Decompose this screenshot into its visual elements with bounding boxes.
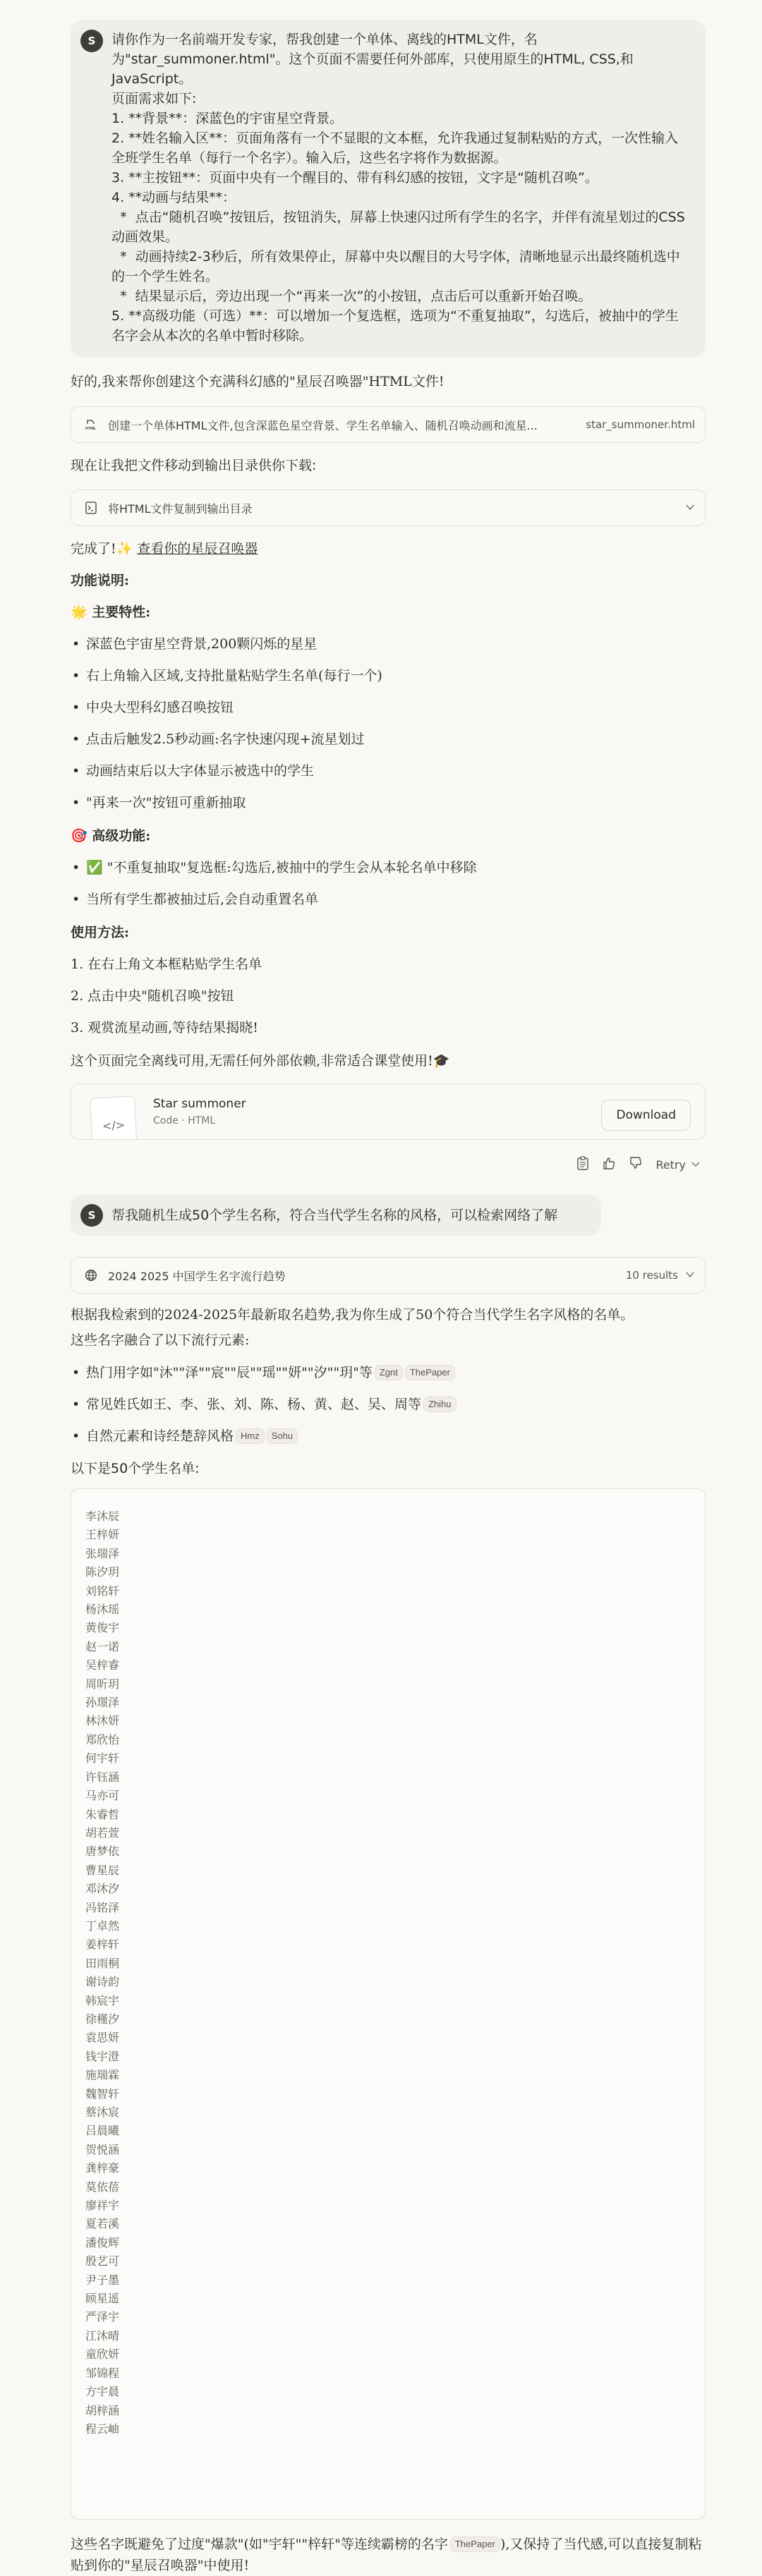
sparkles-icon: ✨ (116, 541, 133, 557)
student-name: 林沐妍 (85, 1712, 691, 1730)
names-closing: 这些名字既避免了过度"爆款"(如"宇轩""梓轩"等连续霸榜的名字ThePaper… (71, 2534, 706, 2562)
student-name: 孙璟泽 (85, 1694, 691, 1712)
list-item: "再来一次"按钮可重新抽取 (71, 792, 706, 813)
globe-icon (84, 1268, 98, 1282)
user-message-1: S 请你作为一名前端开发专家，帮我创建一个单体、离线的HTML文件，名为"sta… (71, 20, 706, 357)
student-name: 刘铭轩 (85, 1582, 691, 1600)
student-name: 顾星遥 (85, 2290, 691, 2308)
student-name: 魏智轩 (85, 2085, 691, 2103)
prompt-line: * 动画持续2-3秒后，所有效果停止，屏幕中央以醒目的大号字体，清晰地显示出最终… (111, 247, 690, 286)
list-item: 热门用字如"沐""泽""宸""辰""瑶""妍""汐""玥"等ZgntThePap… (71, 1362, 706, 1383)
student-name: 程云岫 (85, 2420, 691, 2438)
search-summary: 根据我检索到的2024-2025年最新取名趋势,我为你生成了50个符合当代学生名… (71, 1304, 706, 1351)
move-file-text: 现在让我把文件移动到输出目录供你下载: (71, 455, 706, 476)
student-name: 钱宇澄 (85, 2048, 691, 2066)
message-actions: Retry (71, 1154, 706, 1175)
search-query: 2024 2025 中国学生名字流行趋势 (108, 1268, 617, 1284)
done-text: 完成了! (71, 541, 116, 557)
artifact-title: Star summoner (153, 1097, 246, 1111)
prompt-line: 2. **姓名输入区**：页面角落有一个不显眼的文本框，允许我通过复制粘贴的方式… (111, 128, 690, 168)
student-name: 潘俊辉 (85, 2234, 691, 2252)
prompt-line: * 结果显示后，旁边出现一个“再来一次”的小按钮，点击后可以重新开始召唤。 (111, 286, 690, 306)
usage-step: 2. 点击中央"随机召唤"按钮 (71, 985, 706, 1007)
student-name: 殷艺可 (85, 2252, 691, 2271)
copy-icon[interactable] (576, 1155, 589, 1174)
retry-button[interactable]: Retry (655, 1158, 700, 1172)
usage-step: 3. 观赏流星动画,等待结果揭晓! (71, 1017, 706, 1038)
chevron-down-icon[interactable] (685, 1270, 695, 1281)
student-name: 胡梓涵 (85, 2402, 691, 2420)
student-name: 郑欣怡 (85, 1731, 691, 1749)
user-message-text: 帮我随机生成50个学生名称，符合当代学生名称的风格，可以检索网络了解 (111, 1205, 557, 1225)
student-name: 尹子墨 (85, 2271, 691, 2290)
student-name: 吴梓睿 (85, 1656, 691, 1675)
student-name: 邹锦程 (85, 2364, 691, 2383)
prompt-line: 页面需求如下: (111, 89, 690, 109)
student-name: 丁卓然 (85, 1917, 691, 1936)
chevron-down-icon[interactable] (685, 502, 695, 514)
svg-text:HTML: HTML (85, 427, 97, 431)
results-count: 10 results (626, 1269, 678, 1282)
student-name: 吕晨曦 (85, 2122, 691, 2140)
citation-badge[interactable]: ThePaper (405, 1365, 455, 1380)
student-name: 杨沐瑶 (85, 1600, 691, 1619)
names-code-block[interactable]: 李沐辰 王梓妍 张瑞泽 陈汐玥 刘铭轩 杨沐瑶 黄俊宇 赵一诺 吴梓睿 周昕玥 … (71, 1488, 706, 2520)
student-name: 方宇晨 (85, 2383, 691, 2401)
list-item: 自然元素和诗经楚辞风格HmzSohu (71, 1426, 706, 1447)
student-name: 谢诗韵 (85, 1973, 691, 1991)
student-name: 田雨桐 (85, 1955, 691, 1973)
html-file-icon: HTML (84, 418, 98, 432)
prompt-line: 5. **高级功能（可选）**：可以增加一个复选框，选项为“不重复抽取”，勾选后… (111, 306, 690, 346)
done-line: 完成了!✨ 查看你的星辰召唤器 (71, 538, 706, 559)
student-name: 朱睿哲 (85, 1806, 691, 1824)
student-name: 胡若萱 (85, 1824, 691, 1842)
list-item: 右上角输入区域,支持批量粘贴学生名单(每行一个) (71, 665, 706, 686)
prompt-line: 请你作为一名前端开发专家，帮我创建一个单体、离线的HTML文件，名为"star_… (111, 30, 690, 89)
citation-badge[interactable]: ThePaper (450, 2536, 500, 2552)
user-avatar: S (80, 1204, 103, 1227)
download-button[interactable]: Download (601, 1100, 691, 1131)
student-name: 施瑞霖 (85, 2066, 691, 2084)
artifact-card[interactable]: </> Star summoner Code · HTML Download (71, 1083, 706, 1140)
prompt-line: * 点击“随机召唤”按钮后，按钮消失，屏幕上快速闪过所有学生的名字，并伴有流星划… (111, 207, 690, 247)
list-item: 动画结束后以大字体显示被选中的学生 (71, 760, 706, 782)
student-name: 廖祥宇 (85, 2197, 691, 2215)
web-search-tool-card[interactable]: 2024 2025 中国学生名字流行趋势 10 results (71, 1257, 706, 1294)
student-name: 江沐晴 (85, 2327, 691, 2345)
student-name: 袁思妍 (85, 2029, 691, 2047)
terminal-icon (84, 501, 98, 515)
glowing-star-icon: 🌟 (71, 604, 87, 620)
view-artifact-link[interactable]: 查看你的星辰召唤器 (137, 541, 258, 557)
student-name: 冯铭泽 (85, 1899, 691, 1917)
user-avatar: S (80, 30, 103, 52)
student-name: 周昕玥 (85, 1675, 691, 1694)
main-features-heading: 🌟 主要特性: (71, 602, 706, 623)
student-name: 许钰涵 (85, 1768, 691, 1787)
list-item: 中央大型科幻感召唤按钮 (71, 697, 706, 718)
student-name: 陈汐玥 (85, 1563, 691, 1581)
list-item: 点击后触发2.5秒动画:名字快速闪现+流星划过 (71, 729, 706, 750)
student-name: 马亦可 (85, 1787, 691, 1805)
citation-badge[interactable]: Zhihu (423, 1397, 456, 1412)
tool-description: 将HTML文件复制到输出目录 (108, 500, 678, 516)
features-heading: 功能说明: (71, 570, 706, 591)
thumbs-up-icon[interactable] (602, 1156, 616, 1173)
thumbs-down-icon[interactable] (629, 1156, 643, 1173)
citation-badge[interactable]: Hmz (236, 1428, 265, 1444)
student-name: 唐梦依 (85, 1842, 691, 1861)
citation-badge[interactable]: Zgnt (375, 1365, 403, 1380)
student-name: 贺悦涵 (85, 2141, 691, 2159)
student-name: 何宇轩 (85, 1749, 691, 1768)
student-name: 张瑞泽 (85, 1545, 691, 1563)
citation-badge[interactable]: Sohu (267, 1428, 298, 1444)
student-name: 龚梓豪 (85, 2159, 691, 2177)
tool-filename: star_summoner.html (586, 418, 695, 431)
student-name: 莫依蓓 (85, 2178, 691, 2197)
usage-steps: 1. 在右上角文本框粘贴学生名单 2. 点击中央"随机召唤"按钮 3. 观赏流星… (71, 954, 706, 1038)
closing-line: 这个页面完全离线可用,无需任何外部依赖,非常适合课堂使用!🎓 (71, 1050, 706, 1071)
student-name: 严泽宇 (85, 2308, 691, 2326)
user-message-2: S 帮我随机生成50个学生名称，符合当代学生名称的风格，可以检索网络了解 (71, 1195, 601, 1236)
advanced-features-list: ✅ "不重复抽取"复选框:勾选后,被抽中的学生会从本轮名单中移除 当所有学生都被… (71, 857, 706, 910)
student-name: 邓沐汐 (85, 1880, 691, 1898)
target-icon: 🎯 (71, 828, 87, 844)
prompt-line: 3. **主按钮**：页面中央有一个醒目的、带有科幻感的按钮，文字是“随机召唤”… (111, 168, 690, 188)
student-name: 姜梓轩 (85, 1936, 691, 1954)
create-file-tool-card[interactable]: HTML 创建一个单体HTML文件,包含深蓝色星空背景、学生名单输入、随机召唤动… (71, 406, 706, 443)
student-name: 夏若溪 (85, 2215, 691, 2233)
student-name: 童欣妍 (85, 2345, 691, 2364)
assistant-intro: 好的,我来帮你创建这个充满科幻感的"星辰召唤器"HTML文件! (71, 371, 706, 392)
graduation-cap-icon: 🎓 (433, 1053, 450, 1069)
advanced-features-heading: 🎯 高级功能: (71, 825, 706, 846)
student-name: 曹星辰 (85, 1861, 691, 1880)
chevron-down-icon (691, 1162, 700, 1167)
copy-file-tool-card[interactable]: 将HTML文件复制到输出目录 (71, 490, 706, 526)
names-list-heading: 以下是50个学生名单: (71, 1458, 706, 1479)
student-name: 韩宸宇 (85, 1992, 691, 2010)
student-name: 赵一诺 (85, 1638, 691, 1656)
usage-step: 1. 在右上角文本框粘贴学生名单 (71, 954, 706, 975)
artifact-subtitle: Code · HTML (153, 1115, 215, 1126)
check-mark-icon: ✅ (86, 860, 103, 875)
student-name: 蔡沐宸 (85, 2103, 691, 2122)
code-file-icon: </> (90, 1095, 138, 1140)
list-item: 当所有学生都被抽过后,会自动重置名单 (71, 889, 706, 910)
student-name: 李沐辰 (85, 1507, 691, 1526)
student-name: 黄俊宇 (85, 1619, 691, 1637)
prompt-line: 1. **背景**：深蓝色的宇宙星空背景。 (111, 109, 690, 128)
list-item: 常见姓氏如王、李、张、刘、陈、杨、黄、赵、吴、周等Zhihu (71, 1394, 706, 1415)
user-message-text: 请你作为一名前端开发专家，帮我创建一个单体、离线的HTML文件，名为"star_… (111, 30, 690, 346)
trend-elements-list: 热门用字如"沐""泽""宸""辰""瑶""妍""汐""玥"等ZgntThePap… (71, 1362, 706, 1447)
usage-heading: 使用方法: (71, 922, 706, 943)
tool-description: 创建一个单体HTML文件,包含深蓝色星空背景、学生名单输入、随机召唤动画和流星.… (108, 417, 577, 433)
list-item: 深蓝色宇宙星空背景,200颗闪烁的星星 (71, 633, 706, 655)
list-item: ✅ "不重复抽取"复选框:勾选后,被抽中的学生会从本轮名单中移除 (71, 857, 706, 878)
main-features-list: 深蓝色宇宙星空背景,200颗闪烁的星星 右上角输入区域,支持批量粘贴学生名单(每… (71, 633, 706, 813)
student-name: 王梓妍 (85, 1526, 691, 1544)
student-name: 徐槿汐 (85, 2010, 691, 2029)
prompt-line: 4. **动画与结果**： (111, 188, 690, 207)
